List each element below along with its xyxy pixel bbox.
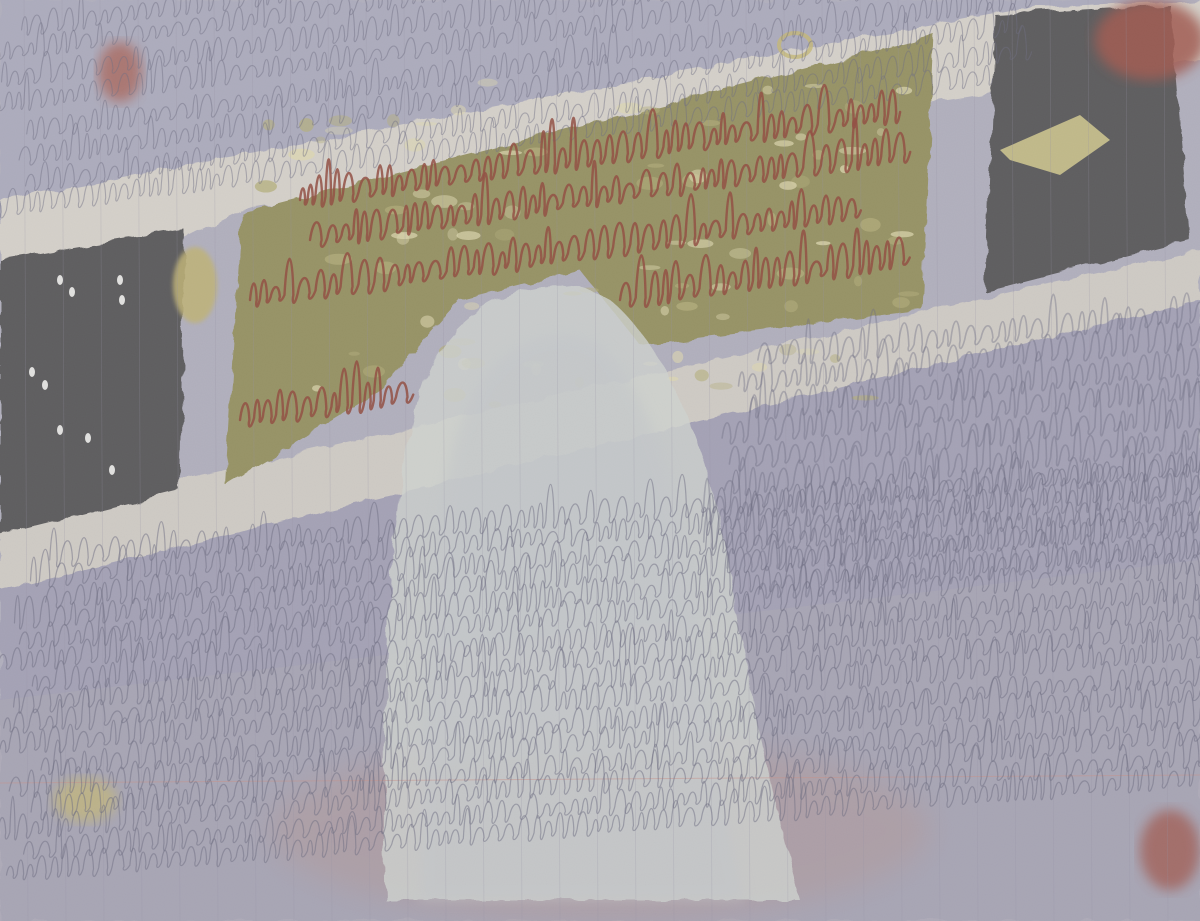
- abstract-painting: [0, 0, 1200, 921]
- artwork-canvas: Mixed-media abstract painting: illegible…: [0, 0, 1200, 921]
- paper-grain: [0, 0, 1200, 921]
